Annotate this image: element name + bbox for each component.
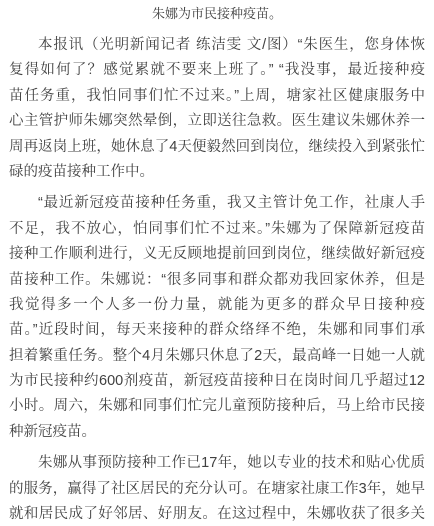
text-line: 我觉得多一个人多一份力量，就能为更多的群众早日接种疫 — [9, 293, 425, 318]
text-line: 苗接种工作。朱娜说：“很多同事和群众都劝我回家休养，但是 — [9, 268, 425, 293]
text-line: “最近新冠疫苗接种任务重，我又主管计免工作，社康人手 — [9, 191, 425, 216]
text-line: 周再返岗上班，她休息了4天便毅然回到岗位，继续投入到紧张忙 — [9, 135, 425, 160]
text-line: 苗任务重，我怕同事们忙不过来。”上周，塘家社区健康服务中 — [9, 84, 425, 109]
figure-caption: 朱娜为市民接种疫苗。 — [9, 4, 425, 24]
text-line: 种新冠疫苗。 — [9, 420, 425, 445]
text-line: 就和居民成了好邻居、好朋友。在这过程中，朱娜收获了很多关 — [9, 502, 425, 526]
text-line: 朱娜从事预防接种工作已17年，她以专业的技术和贴心优质 — [9, 451, 425, 476]
text-line: 不足，我不放心，怕同事们忙不过来。”朱娜为了保障新冠疫苗 — [9, 217, 425, 242]
text-line: 复得如何了？感觉累就不要来上班了。” “我没事，最近接种疫 — [9, 58, 425, 83]
text-line: 心主管护师朱娜突然晕倒，立即送往急救。医生建议朱娜休养一 — [9, 109, 425, 134]
article-paragraph-3: 朱娜从事预防接种工作已17年，她以专业的技术和贴心优质 的服务，赢得了社区居民的… — [9, 451, 425, 526]
text-line: 为市民接种约600剂疫苗，新冠疫苗接种日在岗时间几乎超过12 — [9, 369, 425, 394]
text-line: 本报讯（光明新闻记者 练洁雯 文/图）“朱医生，您身体恢 — [9, 33, 425, 58]
text-line: 担着繁重任务。整个4月朱娜只休息了2天，最高峰一日她一人就 — [9, 344, 425, 369]
article-paragraph-1: 本报讯（光明新闻记者 练洁雯 文/图）“朱医生，您身体恢 复得如何了？感觉累就不… — [9, 33, 425, 185]
text-line: 接种工作顺利进行，义无反顾地提前回到岗位，继续做好新冠疫 — [9, 242, 425, 267]
text-line: 的服务，赢得了社区居民的充分认可。在塘家社康工作3年，她早 — [9, 477, 425, 502]
text-line: 苗。”近段时间，每天来接种的群众络绎不绝，朱娜和同事们承 — [9, 318, 425, 343]
article-paragraph-2: “最近新冠疫苗接种任务重，我又主管计免工作，社康人手 不足，我不放心，怕同事们忙… — [9, 191, 425, 445]
text-line: 碌的疫苗接种工作中。 — [9, 160, 425, 185]
text-line: 小时。周六，朱娜和同事们忙完儿童预防接种后，马上给市民接 — [9, 394, 425, 419]
article-page: 朱娜为市民接种疫苗。 本报讯（光明新闻记者 练洁雯 文/图）“朱医生，您身体恢 … — [0, 4, 434, 526]
